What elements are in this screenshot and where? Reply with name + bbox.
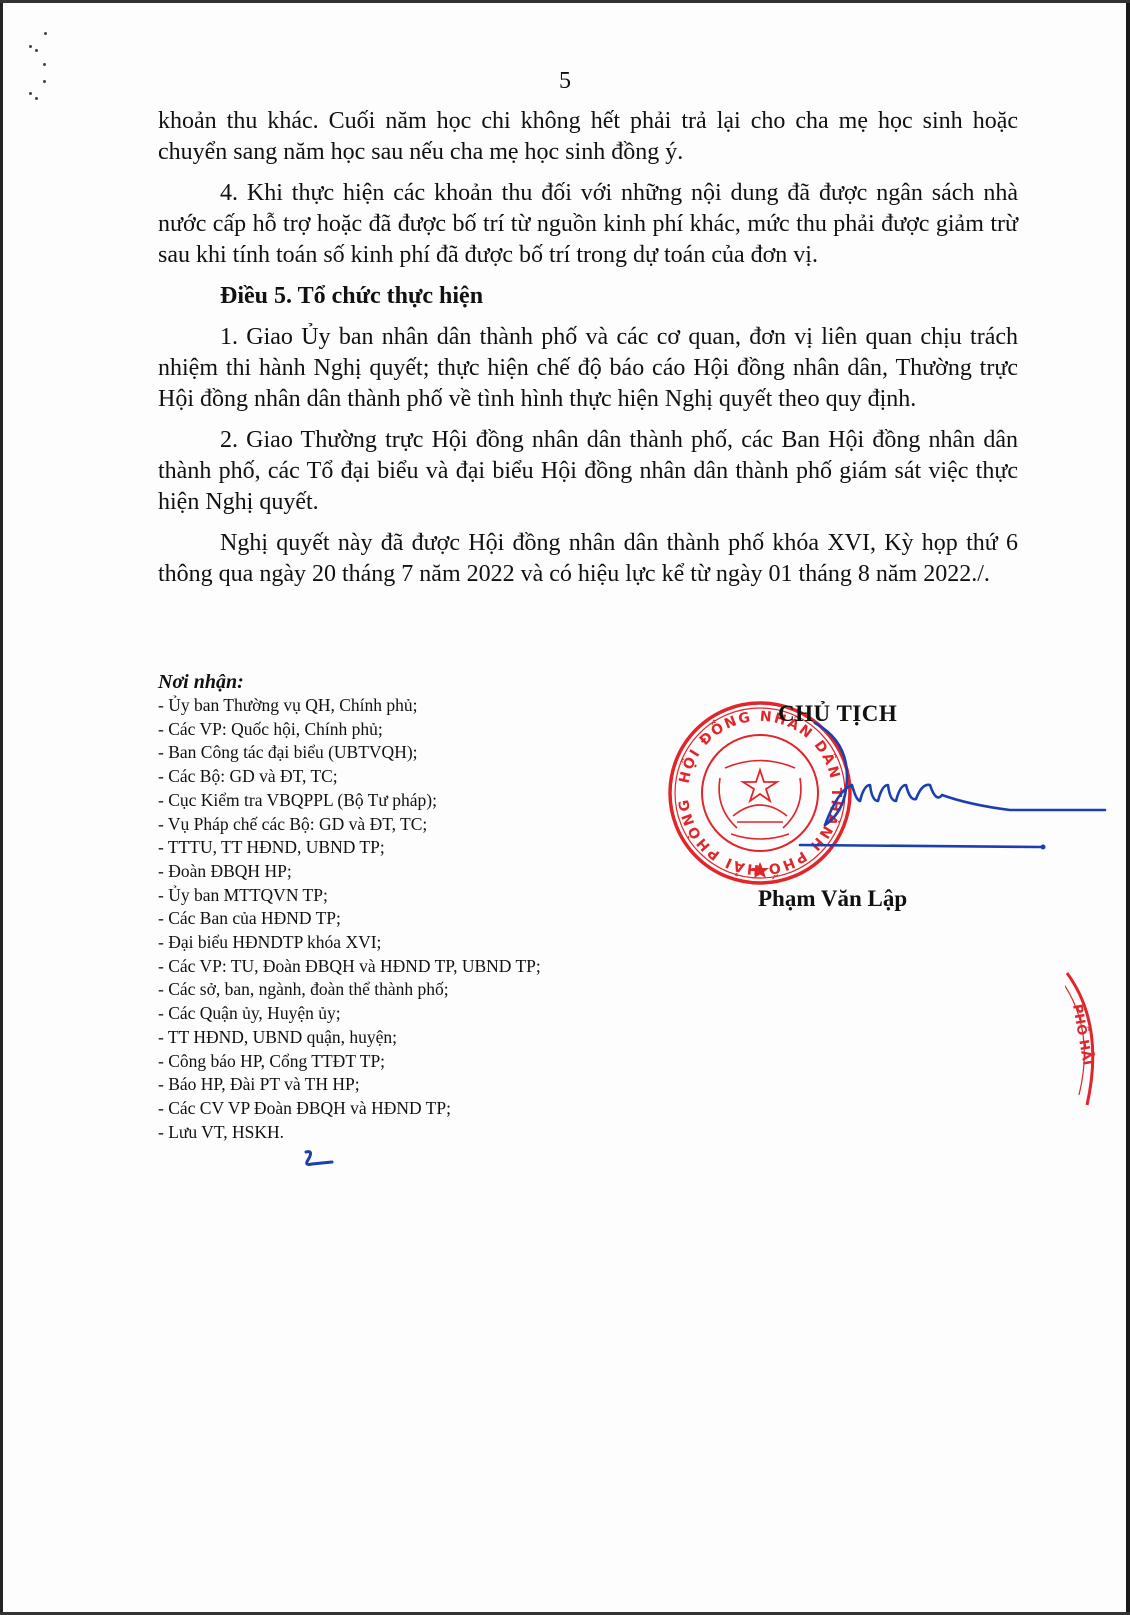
- recipients-block: Nơi nhận: - Ủy ban Thường vụ QH, Chính p…: [158, 670, 541, 1144]
- recipient-item: - Các sở, ban, ngành, đoàn thể thành phố…: [158, 978, 541, 1002]
- signer-name: Phạm Văn Lập: [758, 886, 907, 912]
- recipient-item: - Các Bộ: GD và ĐT, TC;: [158, 765, 541, 789]
- scan-border-top: [0, 0, 1130, 3]
- side-stamp-text: PHỐ HẢI: [1069, 1003, 1097, 1067]
- signature-icon: [760, 715, 1110, 870]
- paragraph-clause-4: 4. Khi thực hiện các khoản thu đối với n…: [158, 178, 1018, 271]
- recipient-item: - TTTU, TT HĐND, UBND TP;: [158, 836, 541, 860]
- scan-border-left: [0, 0, 3, 1615]
- recipient-item: - Đoàn ĐBQH HP;: [158, 860, 541, 884]
- paragraph-effective-date: Nghị quyết này đã được Hội đồng nhân dân…: [158, 528, 1018, 590]
- paragraph-continuation: khoản thu khác. Cuối năm học chi không h…: [158, 106, 1018, 168]
- recipient-item: - Công báo HP, Cổng TTĐT TP;: [158, 1050, 541, 1074]
- recipient-item: - Cục Kiểm tra VBQPPL (Bộ Tư pháp);: [158, 789, 541, 813]
- paragraph-clause-2: 2. Giao Thường trực Hội đồng nhân dân th…: [158, 425, 1018, 518]
- recipient-item: - Ủy ban MTTQVN TP;: [158, 884, 541, 908]
- initial-mark-icon: [300, 1148, 340, 1175]
- recipient-item: - Các VP: TU, Đoàn ĐBQH và HĐND TP, UBND…: [158, 955, 541, 979]
- scan-border-right: [1126, 0, 1130, 1615]
- recipient-item: - Đại biểu HĐNDTP khóa XVI;: [158, 931, 541, 955]
- recipient-item: - Ban Công tác đại biểu (UBTVQH);: [158, 741, 541, 765]
- recipient-item: - Các Quận ủy, Huyện ủy;: [158, 1002, 541, 1026]
- recipient-item: - Báo HP, Đài PT và TH HP;: [158, 1073, 541, 1097]
- recipients-title: Nơi nhận:: [158, 670, 541, 694]
- paragraph-clause-1: 1. Giao Ủy ban nhân dân thành phố và các…: [158, 322, 1018, 415]
- page-number: 5: [0, 68, 1130, 95]
- recipient-item: - Lưu VT, HSKH.: [158, 1121, 541, 1145]
- recipient-item: - Ủy ban Thường vụ QH, Chính phủ;: [158, 694, 541, 718]
- article-heading: Điều 5. Tổ chức thực hiện: [158, 281, 1018, 312]
- recipient-item: - Các VP: Quốc hội, Chính phủ;: [158, 718, 541, 742]
- recipient-item: - Vụ Pháp chế các Bộ: GD và ĐT, TC;: [158, 813, 541, 837]
- partial-stamp-icon: PHỐ HẢI: [1065, 965, 1125, 1120]
- recipients-list: - Ủy ban Thường vụ QH, Chính phủ; - Các …: [158, 694, 541, 1144]
- recipient-item: - Các CV VP Đoàn ĐBQH và HĐND TP;: [158, 1097, 541, 1121]
- recipient-item: - TT HĐND, UBND quận, huyện;: [158, 1026, 541, 1050]
- document-body: khoản thu khác. Cuối năm học chi không h…: [158, 106, 1018, 600]
- recipient-item: - Các Ban của HĐND TP;: [158, 907, 541, 931]
